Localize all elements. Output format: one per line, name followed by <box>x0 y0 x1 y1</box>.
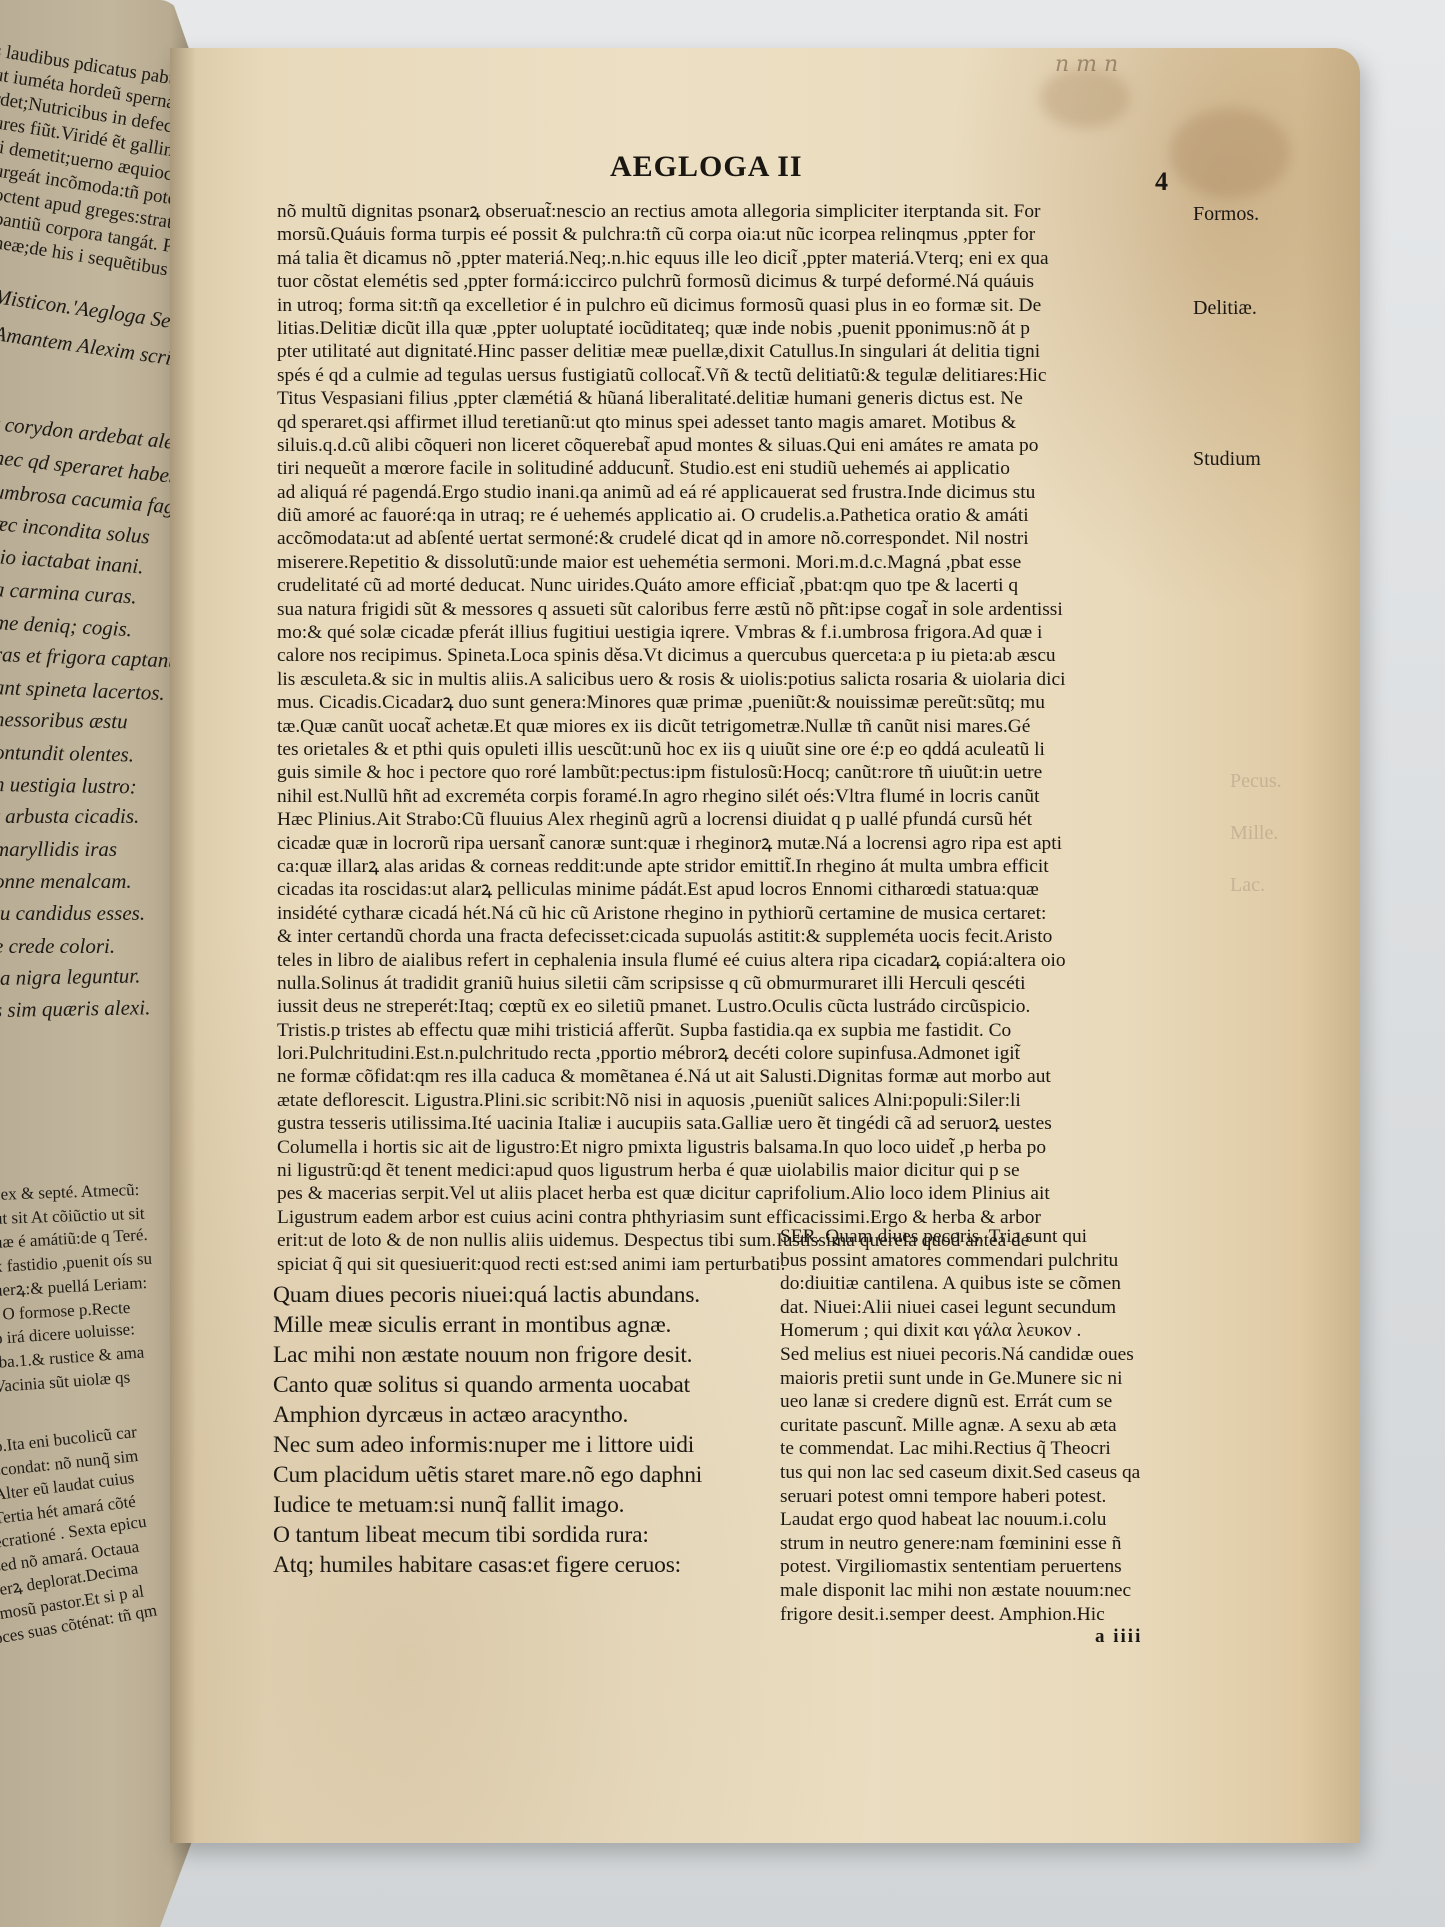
commentary-line: teles in libro de aialibus refert in cep… <box>277 949 1180 972</box>
commentary-line: gustra tesseris utilissima.Ité uacinia I… <box>277 1112 1180 1135</box>
verse-line: Amphion dyrcæus in actæo aracyntho. <box>273 1400 763 1430</box>
commentary-line: guis simile & hoc i pectore quo roré lam… <box>277 761 1180 784</box>
commentary-line: iussit deus ne streperét:Itaq; cœptũ ex … <box>277 995 1180 1018</box>
left-page-line: ant spineta lacertos. <box>0 676 165 704</box>
commentary-line: ad aliquá ré pagendá.Ergo studio inani.q… <box>277 481 1180 504</box>
side-commentary-line: Sed melius est niuei pecoris.Ná candidæ … <box>780 1343 1185 1367</box>
left-page-line: ontundit olentes. <box>0 741 134 765</box>
left-page-line: n uestigia lustro: <box>0 773 137 797</box>
pencil-annotation: n m n <box>1055 52 1118 77</box>
commentary-line: nõ multũ dignitas psonarꝝ obseruat̃:nesc… <box>277 200 1180 223</box>
commentary-line: pter utilitaté aut dignitaté.Hinc passer… <box>277 340 1180 363</box>
commentary-line: spés é qd a culmie ad tegulas uersus fus… <box>277 364 1180 387</box>
show-through-note: Lac. <box>1230 874 1265 897</box>
commentary-line: nulla.Solinus át tradidit graniũ huius s… <box>277 972 1180 995</box>
side-commentary-line: maioris pretii sunt unde in Ge.Munere si… <box>780 1367 1185 1391</box>
verse-line: Cum placidum uẽtis staret mare.nõ ego da… <box>273 1460 763 1490</box>
verse-line: Lac mihi non æstate nouum non frigore de… <box>273 1340 763 1370</box>
commentary-line: pes & macerias serpit.Vel ut aliis place… <box>277 1182 1180 1205</box>
commentary-line: Columella i hortis sic ait de ligustro:E… <box>277 1136 1180 1159</box>
commentary-line: insidété cytharæ cicadá hét.Ná cũ hic cũ… <box>277 902 1180 925</box>
commentary-line: litias.Delitiæ dicũt illa quæ ,ppter uol… <box>277 317 1180 340</box>
commentary-line: tiri nequeũt a mœrore facile in solitudi… <box>277 457 1180 480</box>
side-commentary-line: do:diuitiæ cantilena. A quibus iste se c… <box>780 1272 1185 1296</box>
side-commentary-line: male disponit lac mihi non æstate nouum:… <box>780 1579 1185 1603</box>
commentary-line: tæ.Quæ canũt uocat̃ achetæ.Et quæ miores… <box>277 715 1180 738</box>
commentary-line: Hæc Plinius.Ait Strabo:Cũ fluuius Alex r… <box>277 808 1180 831</box>
commentary-line: Titus Vespasiani filius ,ppter clæmétiá … <box>277 387 1180 410</box>
left-page-line: lio iactabat inani. <box>0 545 144 577</box>
commentary-line: Tristis.p tristes ab effectu quæ mihi tr… <box>277 1019 1180 1042</box>
left-page-line: ras et frigora captant <box>0 643 175 671</box>
show-through-note: Pecus. <box>1230 770 1282 793</box>
side-commentary-line: seruari potest omni tempore haberi potes… <box>780 1485 1185 1509</box>
commentary-line: ca:quæ illarꝝ alas aridas & corneas redd… <box>277 855 1180 878</box>
commentary-line: cicadas ita roscidas:ut alarꝝ pelliculas… <box>277 878 1180 901</box>
marginal-note: Delitiæ. <box>1193 297 1257 320</box>
verse-line: Canto quæ solitus si quando armenta uoca… <box>273 1370 763 1400</box>
verse-line: Quam diues pecoris niuei:quá lactis abun… <box>273 1280 763 1310</box>
side-commentary-line: tus qui non lac sed caseum dixit.Sed cas… <box>780 1461 1185 1485</box>
commentary-line: tuor cõstat elemétis sed ,ppter formá:ic… <box>277 270 1180 293</box>
running-head-title: AEGLOGA II <box>610 150 803 184</box>
commentary-line: lori.Pulchritudini.Est.n.pulchritudo rec… <box>277 1042 1180 1065</box>
commentary-line: mo:& qué solæ cicadæ pferát illius fugit… <box>277 621 1180 644</box>
left-page-line: t arbusta cicadis. <box>0 805 139 827</box>
commentary-line: crudelitaté cũ ad morté deducat. Nunc ui… <box>277 574 1180 597</box>
left-page-line: s sim quæris alexi. <box>0 996 151 1021</box>
marginal-note: Formos. <box>1193 203 1259 226</box>
verse-line: Mille meæ siculis errant in montibus agn… <box>273 1310 763 1340</box>
left-page-line: sex & septé. Atmecũ: <box>0 1179 140 1206</box>
commentary-line: ni ligustrũ:qd ẽt tenent medici:apud quo… <box>277 1159 1180 1182</box>
commentary-line: & inter certandũ chorda una fracta defec… <box>277 925 1180 948</box>
commentary-line: nihil est.Nullũ hñt ad excreméta corpis … <box>277 785 1180 808</box>
show-through-note: Mille. <box>1230 822 1278 845</box>
commentary-line: mus. Cicadis.Cicadarꝝ duo sunt genera:Mi… <box>277 691 1180 714</box>
left-page-line: æc incondita solus <box>0 512 151 548</box>
commentary-line: diũ amoré ac fauoré:qa in utraq; re é ue… <box>277 504 1180 527</box>
marginal-note: Studium <box>1193 448 1261 471</box>
commentary-line: calore nos recipimus. Spineta.Loca spini… <box>277 644 1180 667</box>
commentary-line: miserere.Repetitio & dissolutũ:unde maio… <box>277 551 1180 574</box>
commentary-line: sua natura frigidi sũt & messores q assu… <box>277 598 1180 621</box>
side-commentary-line: te commendat. Lac mihi.Rectius q̃ Theocr… <box>780 1437 1185 1461</box>
commentary-line: siluis.q.d.cũ alibi cõqueri non liceret … <box>277 434 1180 457</box>
verse-line: Nec sum adeo informis:nuper me i littore… <box>273 1430 763 1460</box>
side-commentary-line: ueo lanæ si credere dignũ est. Errát cum… <box>780 1390 1185 1414</box>
side-commentary-line: dat. Niuei:Alii niuei casei legunt secun… <box>780 1296 1185 1320</box>
verse-line: Iudice te metuam:si nunq̃ fallit imago. <box>273 1490 763 1520</box>
commentary-line: lis æsculeta.& sic in multis aliis.A sal… <box>277 668 1180 691</box>
left-page-line: onne menalcam. <box>0 870 132 892</box>
left-page-line: tu candidus esses. <box>0 902 145 924</box>
verse-line: O tantum libeat mecum tibi sordida rura: <box>273 1520 763 1550</box>
commentary-line: morsũ.Quáuis forma turpis eé possit & pu… <box>277 223 1180 246</box>
side-commentary-line: bus possint amatores commendari pulchrit… <box>780 1249 1185 1273</box>
commentary-line: qd speraret.qsi affirmet illud teretianũ… <box>277 411 1180 434</box>
commentary-line: ætate deflorescit. Ligustra.Plini.sic sc… <box>277 1089 1180 1112</box>
paper-stain <box>1040 68 1130 128</box>
verse-line: Atq; humiles habitare casas:et figere ce… <box>273 1550 763 1580</box>
commentary-line: accõmodata:ut ad abſenté uertat sermoné:… <box>277 527 1180 550</box>
verse-text-block: Quam diues pecoris niuei:quá lactis abun… <box>273 1280 763 1580</box>
folio-number: 4 <box>1155 167 1168 197</box>
commentary-text-block: nõ multũ dignitas psonarꝝ obseruat̃:nesc… <box>277 200 1180 1276</box>
side-commentary-line: strum in neutro genere:nam fœminini esse… <box>780 1532 1185 1556</box>
left-page-line: ia nigra leguntur. <box>0 964 141 989</box>
signature-mark: a iiii <box>1095 1626 1142 1648</box>
side-commentary-line: SER. Quam diues pecoris. Tria sunt qui <box>780 1225 1185 1249</box>
commentary-line: cicadæ quæ in locrorũ ripa uersant̃ cano… <box>277 832 1180 855</box>
left-page-line: me deniq; cogis. <box>0 611 133 640</box>
commentary-line: ne formæ cõfidat:qm res illa caduca & mo… <box>277 1065 1180 1088</box>
left-page-line: a carmina curas. <box>0 578 137 607</box>
left-page-line: maryllidis iras <box>0 838 117 860</box>
commentary-line: má talia ẽt dicamus nõ ,ppter materiá.Ne… <box>277 247 1180 270</box>
side-commentary-line: Laudat ergo quod habeat lac nouum.i.colu <box>780 1508 1185 1532</box>
side-commentary-line: curitate pascunt̃. Mille agnæ. A sexu ab… <box>780 1414 1185 1438</box>
side-commentary-block: SER. Quam diues pecoris. Tria sunt quibu… <box>780 1225 1185 1626</box>
side-commentary-line: potest. Virgiliomastix sententiam peruer… <box>780 1555 1185 1579</box>
paper-stain <box>1170 108 1290 198</box>
commentary-line: in utroq; forma sit:tñ qa excelletior é … <box>277 294 1180 317</box>
side-commentary-line: frigore desit.i.semper deest. Amphion.Hi… <box>780 1603 1185 1627</box>
left-page-line: e crede colori. <box>0 935 115 957</box>
side-commentary-line: Homerum ; qui dixit και γάλα λευκον . <box>780 1319 1185 1343</box>
left-page-line: nessoribus æstu <box>0 708 128 732</box>
commentary-line: tes orietales & et pthi quis opuleti ill… <box>277 738 1180 761</box>
